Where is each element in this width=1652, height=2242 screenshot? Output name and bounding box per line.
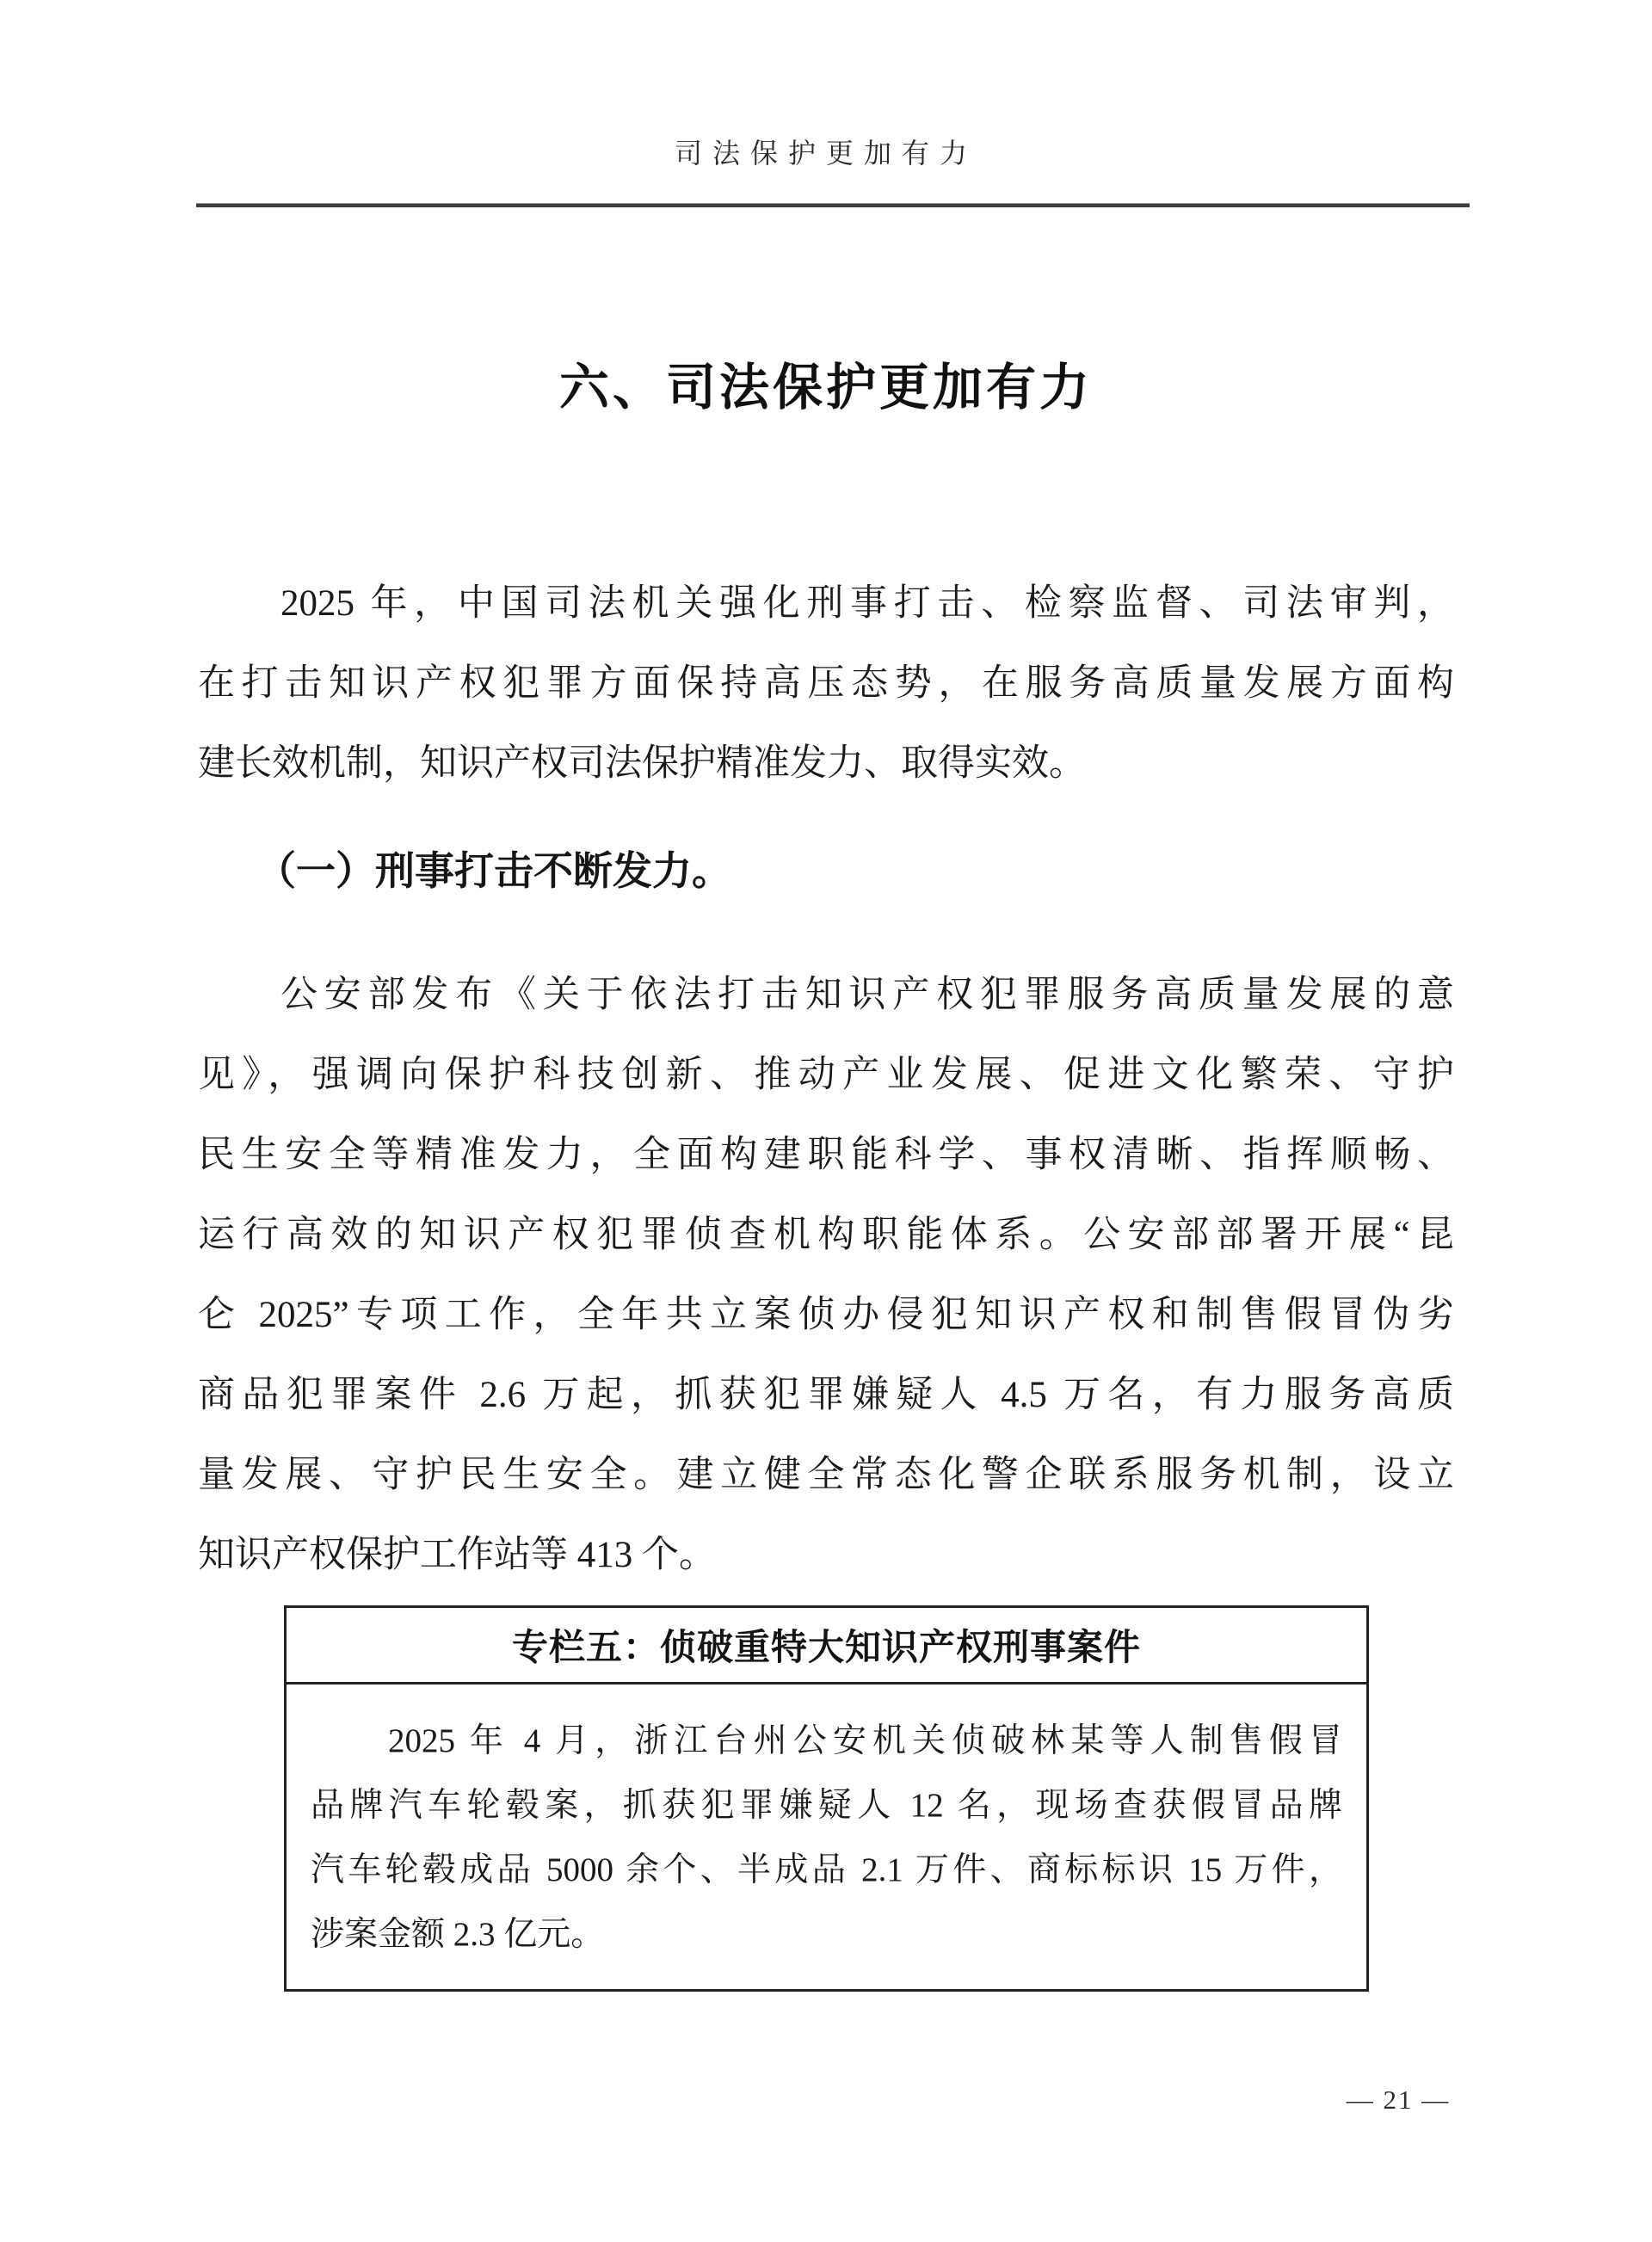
intro-paragraph: 2025 年，中国司法机关强化刑事打击、检察监督、司法审判， 在打击知识产权犯罪… xyxy=(198,564,1454,804)
page-number: — 21 — xyxy=(1291,2085,1506,2116)
text-line: 仑 2025”专项工作，全年共立案侦办侵犯知识产权和制售假冒伪劣 xyxy=(198,1275,1454,1355)
text-line: 建长效机制，知识产权司法保护精准发力、取得实效。 xyxy=(198,724,1454,804)
text-line: 知识产权保护工作站等 413 个。 xyxy=(198,1515,1454,1595)
text-line: 民生安全等精准发力，全面构建职能科学、事权清晰、指挥顺畅、 xyxy=(198,1115,1454,1195)
text-line: 运行高效的知识产权犯罪侦查机构职能体系。公安部部署开展“昆 xyxy=(198,1195,1454,1275)
text-line: 2025 年，中国司法机关强化刑事打击、检察监督、司法审判， xyxy=(198,564,1454,644)
text-line: 涉案金额 2.3 亿元。 xyxy=(311,1902,1342,1967)
column-box-title: 专栏五：侦破重特大知识产权刑事案件 xyxy=(287,1608,1366,1685)
text-line: 在打击知识产权犯罪方面保持高压态势，在服务高质量发展方面构 xyxy=(198,644,1454,724)
text-line: 2025 年 4 月，浙江台州公安机关侦破林某等人制售假冒 xyxy=(311,1709,1342,1773)
text-line: 量发展、守护民生安全。建立健全常态化警企联系服务机制，设立 xyxy=(198,1435,1454,1515)
text-line: 公安部发布《关于依法打击知识产权犯罪服务高质量发展的意 xyxy=(198,955,1454,1035)
text-line: 商品犯罪案件 2.6 万起，抓获犯罪嫌疑人 4.5 万名，有力服务高质 xyxy=(198,1355,1454,1435)
text-line: 汽车轮毂成品 5000 余个、半成品 2.1 万件、商标标识 15 万件， xyxy=(311,1838,1342,1902)
chapter-title: 六、司法保护更加有力 xyxy=(0,342,1652,433)
section-heading: （一）刑事打击不断发力。 xyxy=(198,831,1454,911)
running-header: 司法保护更加有力 xyxy=(0,133,1652,173)
header-rule xyxy=(196,203,1470,207)
text-line: 见》，强调向保护科技创新、推动产业发展、促进文化繁荣、守护 xyxy=(198,1035,1454,1115)
text-line: 品牌汽车轮毂案，抓获犯罪嫌疑人 12 名，现场查获假冒品牌 xyxy=(311,1773,1342,1838)
body-paragraph: 公安部发布《关于依法打击知识产权犯罪服务高质量发展的意 见》，强调向保护科技创新… xyxy=(198,955,1454,1595)
column-box: 专栏五：侦破重特大知识产权刑事案件 2025 年 4 月，浙江台州公安机关侦破林… xyxy=(284,1605,1369,1992)
column-box-body: 2025 年 4 月，浙江台州公安机关侦破林某等人制售假冒 品牌汽车轮毂案，抓获… xyxy=(287,1685,1366,1967)
document-page: 司法保护更加有力 六、司法保护更加有力 2025 年，中国司法机关强化刑事打击、… xyxy=(0,0,1652,2242)
